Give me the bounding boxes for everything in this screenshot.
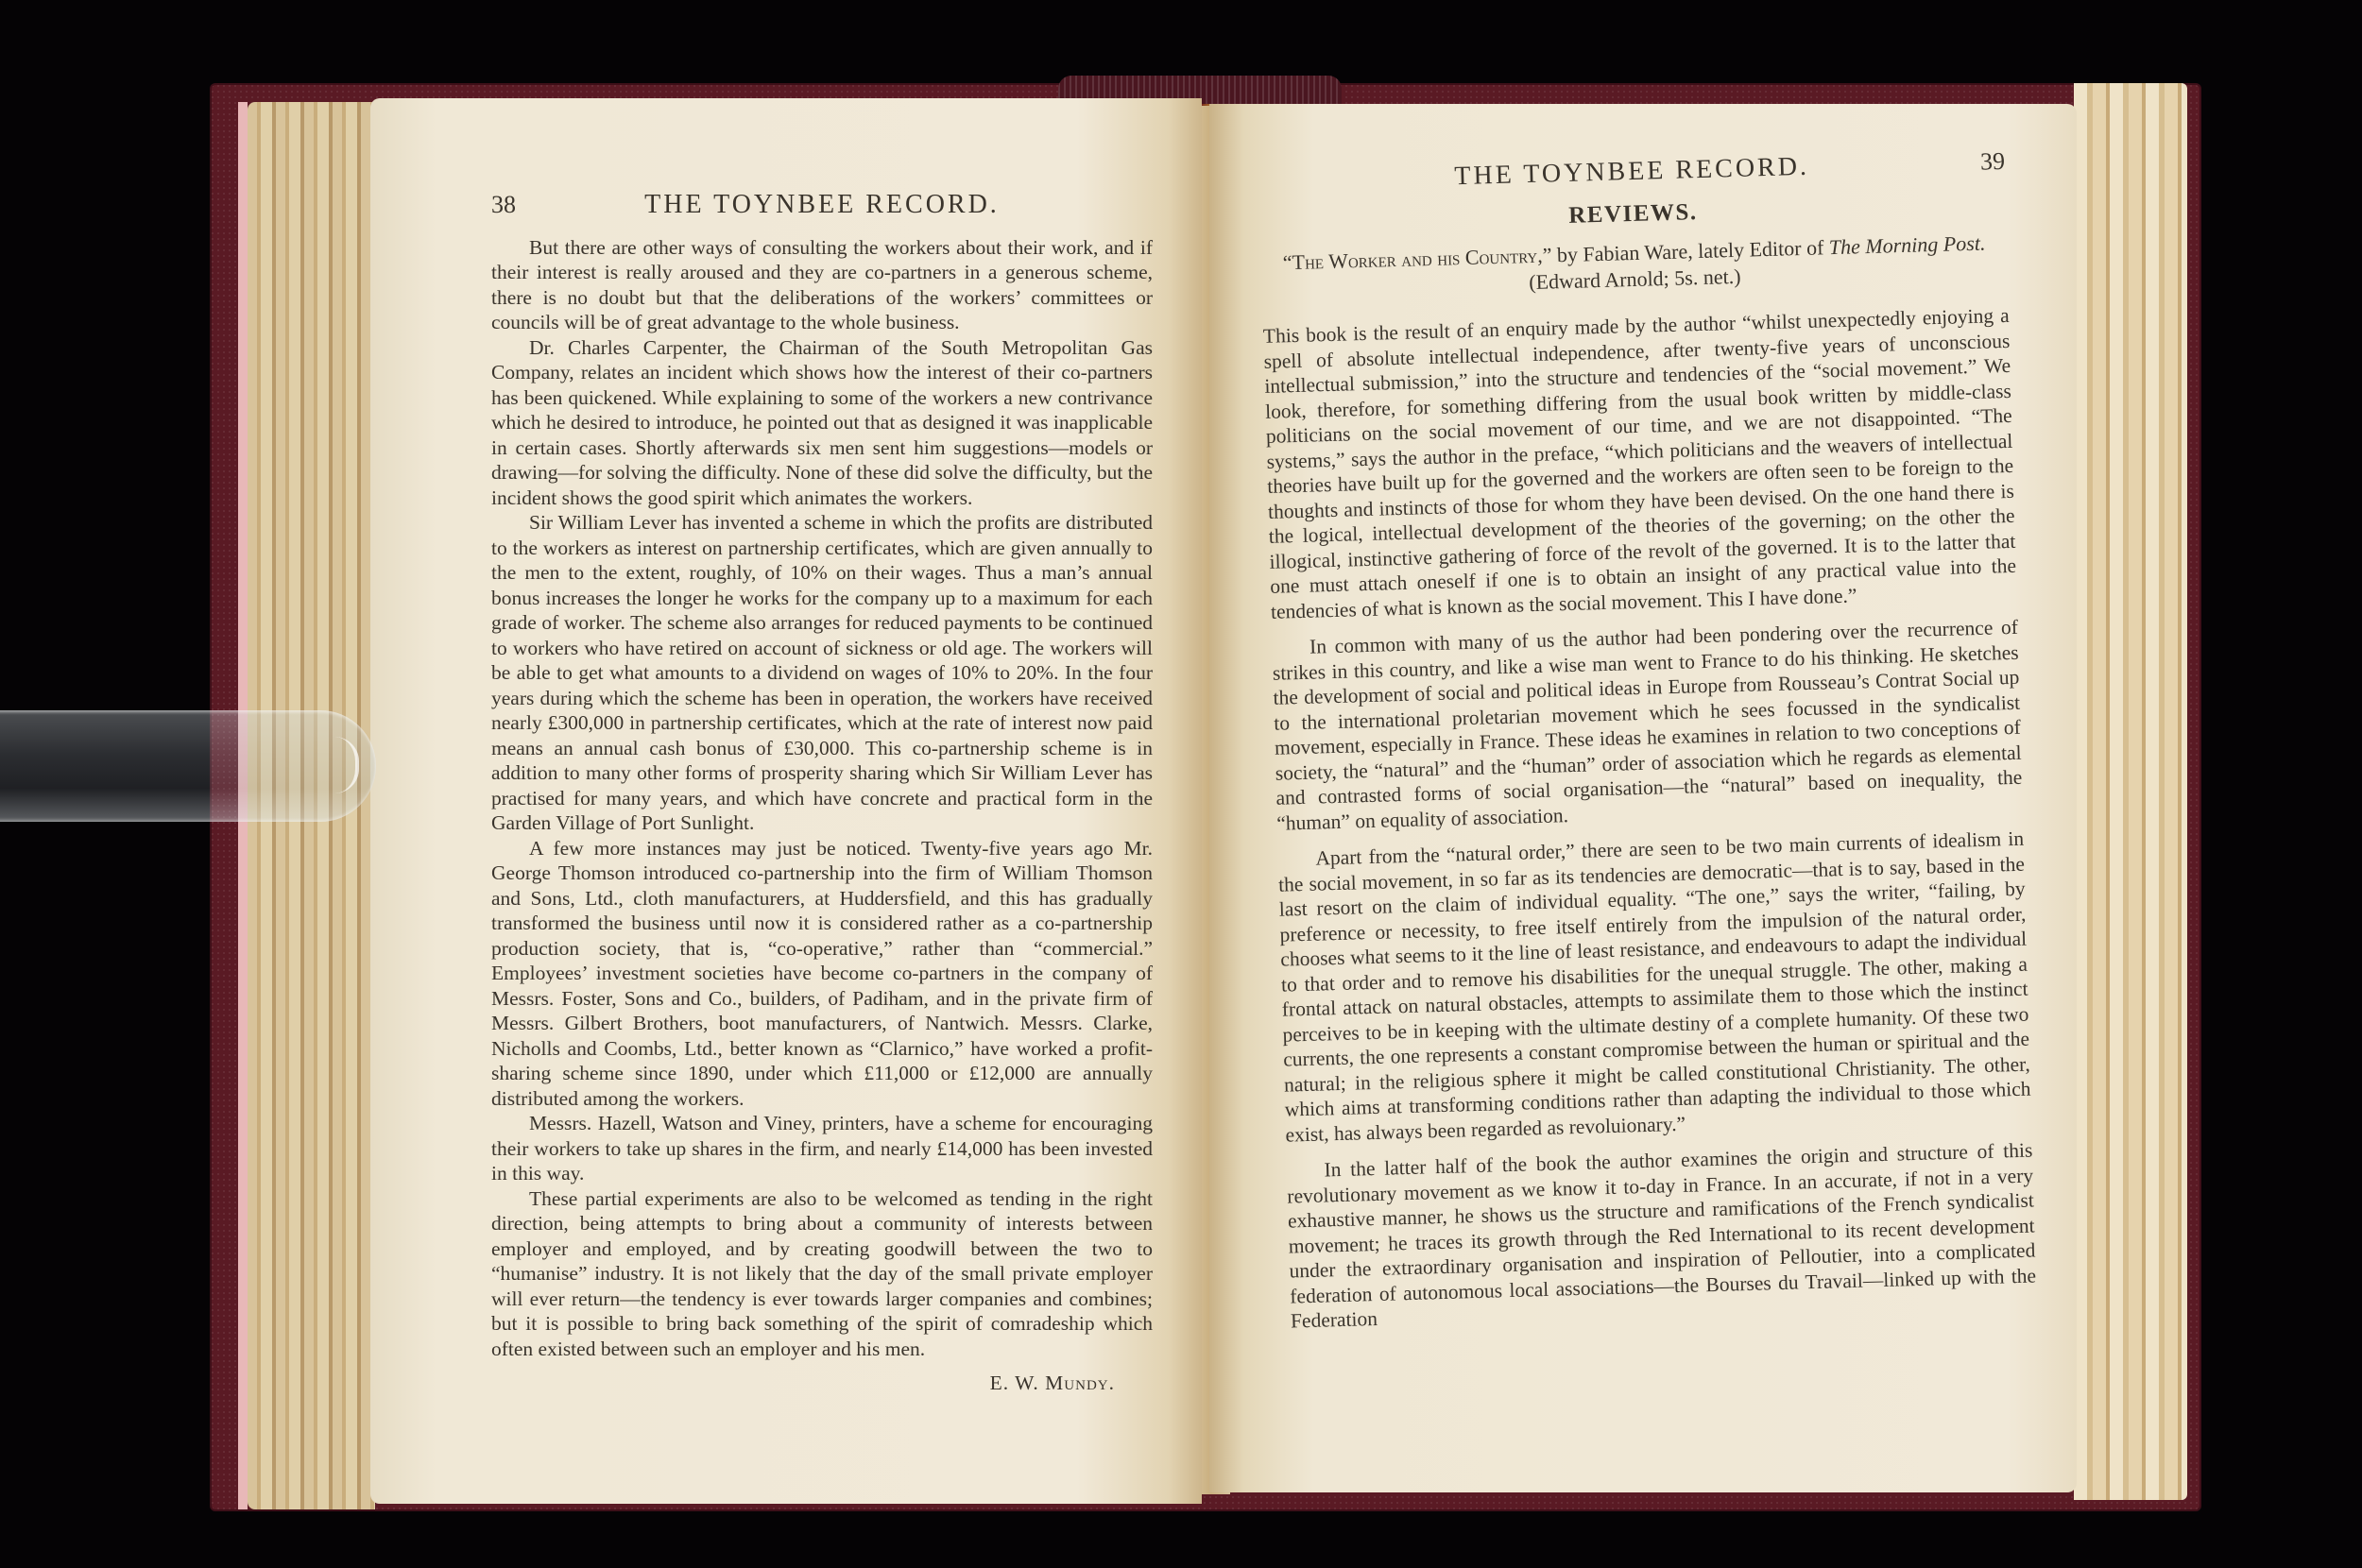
paragraph: In the latter half of the book the autho… [1286,1138,2037,1334]
reviewed-book-title: “The Worker and his Country,” [1282,243,1551,274]
right-page-text: 00 THE TOYNBEE RECORD. 39 REVIEWS. “The … [1258,149,2037,1334]
paragraph: Messrs. Hazell, Watson and Viney, printe… [491,1111,1153,1186]
paragraph: In common with many of us the author had… [1272,615,2024,836]
paragraph: Dr. Charles Carpenter, the Chairman of t… [491,335,1153,511]
paragraph: But there are other ways of consulting t… [491,235,1153,335]
glass-page-weight [0,710,376,822]
left-page-text: 38 THE TOYNBEE RECORD. 00 But there are … [491,193,1153,1396]
left-page: 38 THE TOYNBEE RECORD. 00 But there are … [370,98,1202,1504]
left-running-head: 38 THE TOYNBEE RECORD. 00 [491,193,1153,218]
paragraph: Sir William Lever has invented a scheme … [491,510,1153,836]
review-heading: “The Worker and his Country,” by Fabian … [1260,230,2008,303]
author-signature: E. W. Mundy. [491,1371,1153,1396]
running-head-title: THE TOYNBEE RECORD. [1283,150,1980,195]
right-page-edges [2074,83,2187,1500]
paragraph: These partial experiments are also to be… [491,1186,1153,1362]
paragraph: A few more instances may just be noticed… [491,836,1153,1112]
right-running-head: 00 THE TOYNBEE RECORD. 39 [1258,149,2005,196]
page-number: 38 [491,193,516,218]
publication-name: The Morning Post. [1828,231,1985,260]
running-head-title: THE TOYNBEE RECORD. [516,193,1128,218]
right-page: 00 THE TOYNBEE RECORD. 39 REVIEWS. “The … [1209,104,2077,1492]
paragraph: Apart from the “natural order,” there ar… [1277,827,2032,1148]
review-byline: by Fabian Ware, lately Editor of [1551,235,1829,266]
paragraph: This book is the result of an enquiry ma… [1263,303,2018,624]
section-title: REVIEWS. [1259,191,2006,237]
page-number: 39 [1980,149,2006,175]
publisher-price: (Edward Arnold; 5s. net.) [1529,264,1741,294]
